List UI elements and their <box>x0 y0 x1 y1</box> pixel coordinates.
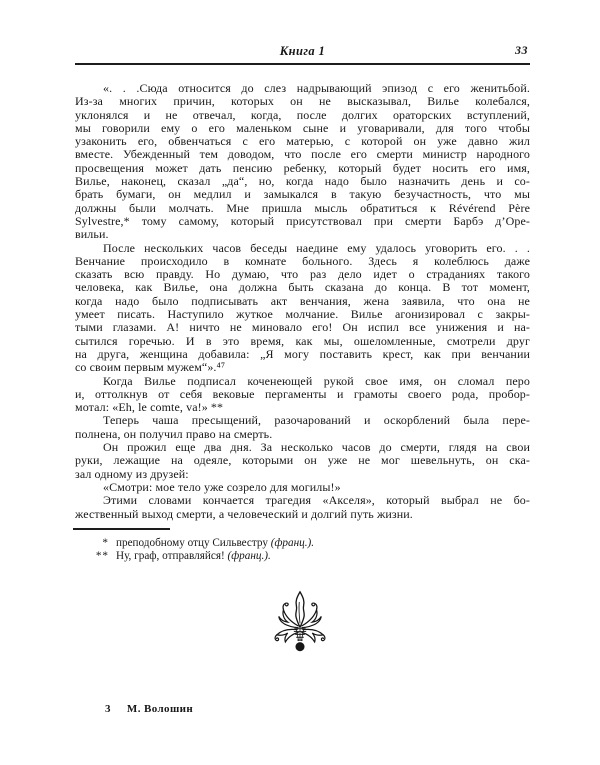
text-line: узаконить его, обвенчаться с его матерью… <box>75 135 530 148</box>
text-line: Вилье, наконец, сказал „да“, но, когда н… <box>75 175 530 188</box>
text-line: После нескольких часов беседы наедине ем… <box>75 242 530 255</box>
text-line: Этими словами кончается трагедия «Акселя… <box>75 494 530 507</box>
footnote-rule <box>73 528 170 530</box>
footnote-marker: * <box>75 537 116 550</box>
text-line: тыми глазами. А! ничто не миновало его! … <box>75 321 530 334</box>
footnote-marker: ** <box>75 550 116 563</box>
fleuron-icon <box>271 590 329 658</box>
text-line: Sylvestre,* тому самому, который присутс… <box>75 215 530 228</box>
fleuron-ornament <box>271 590 329 658</box>
text-line: со своим первым мужем“».⁴⁷ <box>75 361 530 374</box>
text-line: «. . .Сюда относится до слез надрывающий… <box>75 82 530 95</box>
text-line: зал одному из друзей: <box>75 468 530 481</box>
text-line: уклонялся и не отвечал, когда, после дол… <box>75 109 530 122</box>
text-line: мотал: «Eh, le comte, va!» ** <box>75 401 530 414</box>
text-line: Из-за многих причин, которых он не выска… <box>75 95 530 108</box>
text-line: жественный выход смерти, а человеческий … <box>75 508 530 521</box>
text-line: когда надо было подписывать акт венчания… <box>75 295 530 308</box>
paragraph: «Смотри: мое тело уже созрело для могилы… <box>75 481 530 494</box>
text-line: умеет писать. Наступило жуткое молчание.… <box>75 308 530 321</box>
footnote-text: преподобному отцу Сильвестру (франц.). <box>116 537 314 549</box>
text-line: должны были молчать. Мне пришла мысль об… <box>75 202 530 215</box>
text-line: сказать всю правду. Но думаю, что раз де… <box>75 268 530 281</box>
paragraph: Когда Вилье подписал коченеющей рукой св… <box>75 375 530 415</box>
text-line: «Смотри: мое тело уже созрело для могилы… <box>75 481 530 494</box>
paragraph: Теперь чаша пресыщений, разочарований и … <box>75 414 530 441</box>
footnote: *преподобному отцу Сильвестру (франц.). <box>75 537 530 550</box>
text-line: человека, как Вилье, она должна быть ска… <box>75 281 530 294</box>
footnote: **Ну, граф, отправляйся! (франц.). <box>75 550 530 563</box>
text-line: Теперь чаша пресыщений, разочарований и … <box>75 414 530 427</box>
text-line: на друга, женщина добавила: „Я могу пост… <box>75 348 530 361</box>
text-line: Он прожил еще два дня. За несколько часо… <box>75 441 530 454</box>
paragraph: После нескольких часов беседы наедине ем… <box>75 242 530 375</box>
page-header: Книга 1 33 <box>75 42 530 65</box>
paragraph: «. . .Сюда относится до слез надрывающий… <box>75 82 530 242</box>
text-line: мы говорили ему о его маленьком сыне и у… <box>75 122 530 135</box>
footnotes: *преподобному отцу Сильвестру (франц.).*… <box>75 537 530 563</box>
text-line: Когда Вилье подписал коченеющей рукой св… <box>75 375 530 388</box>
body-text: «. . .Сюда относится до слез надрывающий… <box>75 82 530 521</box>
text-line: полнена, он получил право на смерть. <box>75 428 530 441</box>
page-footer: 3М. Волошин <box>105 703 193 715</box>
page-number: 33 <box>515 43 528 58</box>
text-line: вильи. <box>75 228 530 241</box>
book-page: Книга 1 33 «. . .Сюда относится до слез … <box>0 0 600 765</box>
text-line: брать бумаги, он медлил и замыкался в та… <box>75 188 530 201</box>
author-name: М. Волошин <box>127 703 193 715</box>
text-line: сытился горечью. И в это время, как мы, … <box>75 335 530 348</box>
footnote-text: Ну, граф, отправляйся! (франц.). <box>116 550 271 562</box>
running-title: Книга 1 <box>280 44 325 58</box>
text-line: и, оттолкнув от себя вековые пергаменты … <box>75 388 530 401</box>
paragraph: Этими словами кончается трагедия «Акселя… <box>75 494 530 521</box>
text-line: Венчание происходило в комнате больного.… <box>75 255 530 268</box>
sheet-number: 3 <box>105 703 111 715</box>
paragraph: Он прожил еще два дня. За несколько часо… <box>75 441 530 481</box>
text-line: руки, лежащие на одеяле, которыми он уже… <box>75 454 530 467</box>
text-line: вместе. Убежденный тем доводом, что посл… <box>75 148 530 161</box>
text-line: просвещения может дать пенсию ребенку, к… <box>75 162 530 175</box>
